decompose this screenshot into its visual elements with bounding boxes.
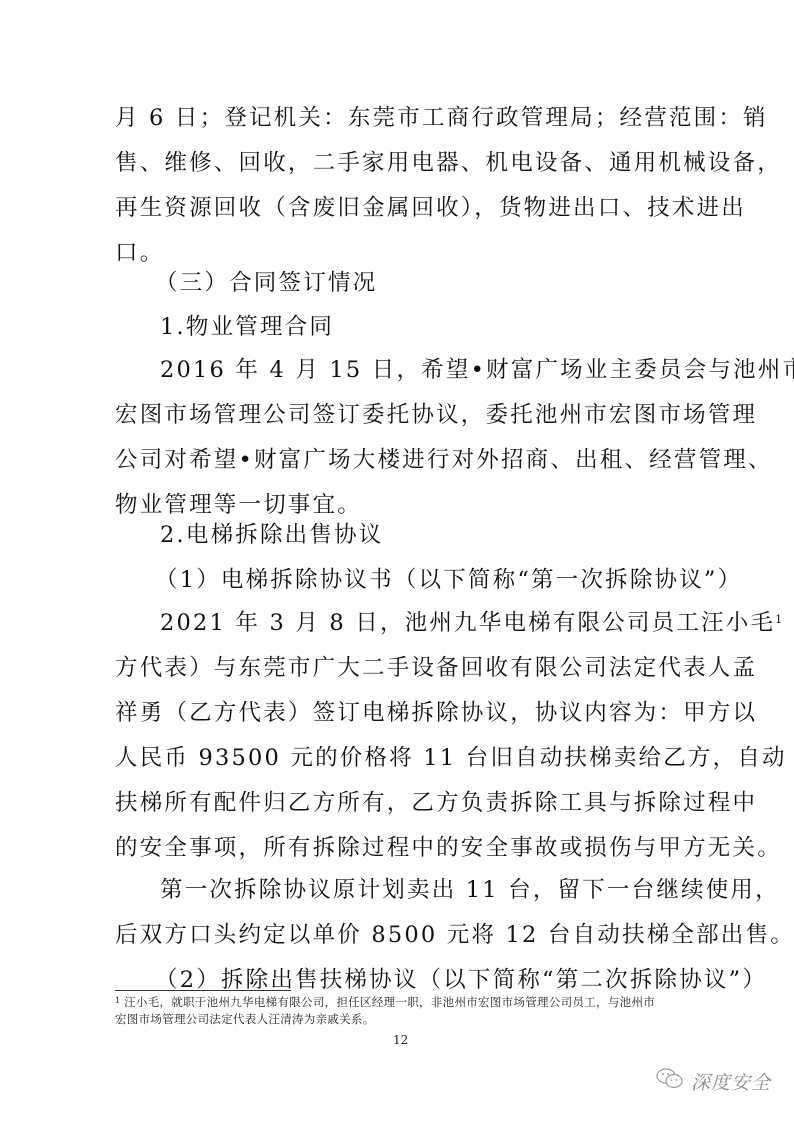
- footnote-mark: 1: [115, 996, 120, 1005]
- body-text: 再生资源回收（含废旧金属回收），货物进出口、技术进出: [115, 193, 680, 223]
- footnote-ref[interactable]: 1: [775, 613, 782, 626]
- body-text: 祥勇（乙方代表）签订电梯拆除协议，协议内容为：甲方以: [115, 698, 680, 728]
- body-text: 2021 年 3 月 8 日，池州九华电梯有限公司员工汪小毛1（甲: [160, 608, 725, 638]
- body-text: 口。: [115, 238, 680, 268]
- footnote-line: 1 汪小毛，就职于池州九华电梯有限公司，担任区经理一职，非池州市宏图市场管理公司…: [115, 994, 655, 1010]
- body-text: 扶梯所有配件归乙方所有，乙方负责拆除工具与拆除过程中: [115, 788, 680, 818]
- subsection-heading: 1.物业管理合同: [160, 312, 725, 342]
- body-text-part: （甲: [782, 610, 794, 636]
- watermark-text: 深度安全: [691, 1068, 771, 1095]
- footnote-line: 宏图市场管理公司法定代表人汪清涛为亲戚关系。: [115, 1011, 375, 1027]
- body-text: 物业管理等一切事宜。: [115, 490, 680, 520]
- subsection-heading: （1）电梯拆除协议书（以下简称“第一次拆除协议”）: [155, 565, 720, 595]
- body-text: 第一次拆除协议原计划卖出 11 台，留下一台继续使用，: [160, 875, 725, 905]
- subsection-heading: 2.电梯拆除出售协议: [160, 520, 725, 550]
- watermark: 深度安全: [655, 1067, 771, 1096]
- body-text: 2016 年 4 月 15 日，希望•财富广场业主委员会与池州市: [160, 355, 725, 385]
- body-text: 公司对希望•财富广场大楼进行对外招商、出租、经营管理、: [115, 445, 680, 475]
- wechat-icon: [655, 1067, 685, 1096]
- body-text: 宏图市场管理公司签订委托协议，委托池州市宏图市场管理: [115, 400, 680, 430]
- body-text-part: 2021 年 3 月 8 日，池州九华电梯有限公司员工汪小毛: [160, 610, 775, 636]
- body-text: 月 6 日；登记机关：东莞市工商行政管理局；经营范围：销: [115, 103, 680, 133]
- body-text: 后双方口头约定以单价 8500 元将 12 台自动扶梯全部出售。: [115, 920, 680, 950]
- footnote-text: 汪小毛，就职于池州九华电梯有限公司，担任区经理一职，非池州市宏图市场管理公司员工…: [124, 995, 655, 1009]
- body-text: 方代表）与东莞市广大二手设备回收有限公司法定代表人孟: [115, 653, 680, 683]
- section-heading: （三）合同签订情况: [155, 268, 720, 298]
- body-text: 人民币 93500 元的价格将 11 台旧自动扶梯卖给乙方，自动: [115, 743, 680, 773]
- body-text: 售、维修、回收，二手家用电器、机电设备、通用机械设备，: [115, 148, 680, 178]
- page-number: 12: [393, 1033, 408, 1047]
- footnote-divider: [115, 990, 291, 991]
- body-text: 的安全事项，所有拆除过程中的安全事故或损伤与甲方无关。: [115, 833, 680, 863]
